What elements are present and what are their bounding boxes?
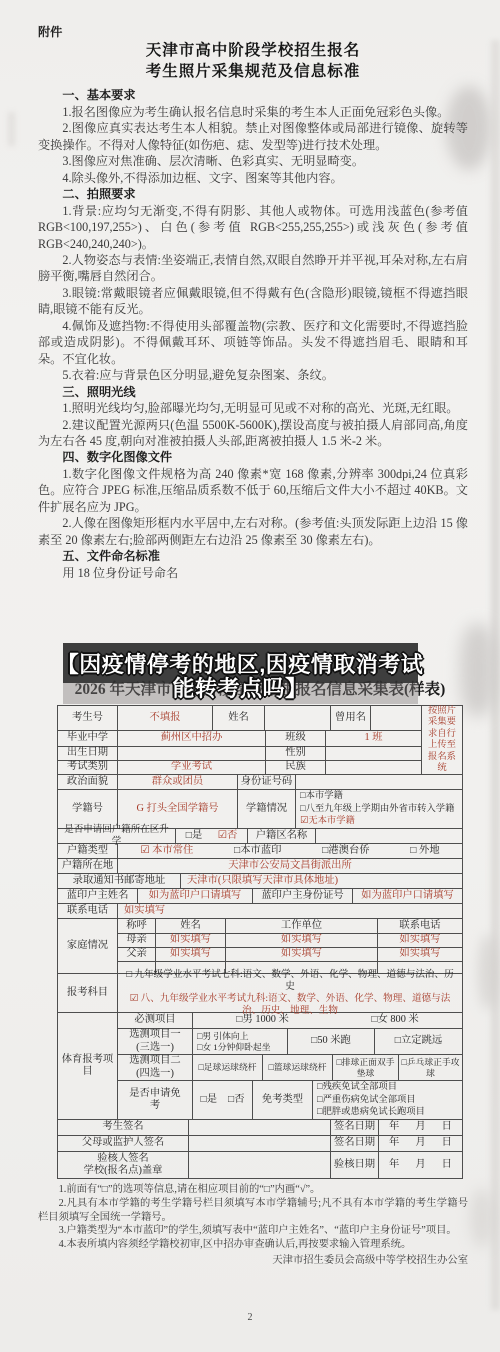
- attachment-label: 附件: [38, 24, 468, 40]
- household-location-label: 户籍所在地: [58, 859, 118, 873]
- section2-item1: 1.背景:应均匀无渐变,不得有阴影、其他人或物体。可选用浅蓝色(参考值 RGB<…: [38, 203, 468, 252]
- row-family-info: 家庭情况 称呼 姓名 工作单位 联系电话 母亲 如实填写 如实填写 如实填写 父…: [58, 919, 462, 974]
- row-subjects: 报考科目 □ 九年级学业水平考试七科:语文、数学、外语、化学、物理、道德与法治、…: [58, 974, 462, 1013]
- workplace-header: 工作单位: [226, 919, 378, 933]
- pe-optional2-subtitle: (四选一): [136, 1068, 174, 1081]
- section1-item2: 2.图像应真实表达考生本人相貌。禁止对图像整体或局部进行镜像、旋转等变换操作。不…: [38, 120, 468, 153]
- blue-stamp-name-value: 如为蓝印户口请填写: [138, 889, 253, 903]
- father-name-value: 如实填写: [156, 948, 226, 961]
- household-type-label: 户籍类型: [58, 844, 118, 858]
- checkbox-local-resident-checked: ☑ 本市常住: [140, 845, 193, 858]
- year-label: 年: [389, 1137, 399, 1150]
- section1-item1: 1.报名图像应为考生确认报名信息时采集的考生本人正面免冠彩色头像。: [38, 104, 468, 120]
- row-pe-items: 体育报考项目 必测项目 □男 1000 米 □女 800 米 选测项目一 (三选…: [58, 1013, 462, 1120]
- gender-field: [326, 747, 421, 760]
- section2-item5: 5.衣着:应与背景色区分明显,避免复杂图案、条纹。: [38, 367, 468, 383]
- ethnicity-field: [326, 761, 421, 774]
- student-status-label: 学籍情况: [238, 790, 296, 828]
- blue-stamp-name-label: 蓝印户主姓名: [58, 889, 138, 903]
- return-district-label: 是否申请回户籍所在区升学: [58, 829, 176, 843]
- household-location-value: 天津市公安局文昌街派出所: [118, 859, 462, 873]
- checkbox-exempt-yes: □是: [200, 1094, 217, 1107]
- pe-items-grid: 必测项目 □男 1000 米 □女 800 米 选测项目一 (三选一) □男 引…: [118, 1013, 462, 1119]
- section1-item4: 4.除头像外,不得添加边框、文字、图案等其他内容。: [38, 170, 468, 186]
- pe-exemption-row: 是否申请免考 □是 □否 免考类型 □残疾免试全部项目 □严重伤病免试全部项目 …: [118, 1081, 462, 1119]
- row-guardian-signature: 父母或监护人签名 签名日期 年 月 日: [58, 1136, 462, 1152]
- school-label: 毕业中学: [58, 731, 118, 746]
- verify-date-label: 验核日期: [331, 1152, 379, 1178]
- birthdate-label: 出生日期: [58, 747, 118, 760]
- ethnicity-label: 民族: [266, 761, 326, 774]
- blue-stamp-id-value: 如为蓝印户口请填写: [353, 889, 462, 903]
- student-id-value: G 打头全国学籍号: [118, 790, 238, 828]
- class-label: 班级: [266, 731, 326, 746]
- family-info-label: 家庭情况: [58, 919, 118, 973]
- pe-optional1-subtitle: (三选一): [136, 1042, 174, 1055]
- checkbox-obesity-exempt: □肥胖或患病免试长跑项目: [317, 1106, 425, 1119]
- family-row-mother: 母亲 如实填写 如实填写 如实填写: [118, 934, 462, 948]
- section2-item4: 4.佩饰及遮挡物:不得使用头部覆盖物(宗教、医疗和文化需要时,不得遮挡脸部或造成…: [38, 318, 468, 367]
- pe-optional1-label: 选测项目一 (三选一): [118, 1029, 193, 1054]
- scanned-document-page: { "page": { "attachment": "附件", "number"…: [0, 0, 500, 1352]
- watermark-text-line2: 能转考点吗】: [40, 672, 440, 703]
- form-footnotes: 1.前面有“□”的选项等信息,请在相应项目前的“□”内画“√”。 2.凡具有本市…: [38, 1183, 468, 1268]
- section4-heading: 四、数字化图像文件: [38, 449, 468, 465]
- row-exam-number: 考生号 不填报 姓名 曾用名: [58, 706, 421, 731]
- section1-heading: 一、基本要求: [38, 87, 468, 103]
- scan-smudge: [8, 112, 15, 146]
- checkbox-pingpong-drive: □乒乓球正手攻球: [399, 1055, 462, 1080]
- pe-optional1-choice-a: □男 引体向上 □女 1分钟仰卧起坐: [193, 1029, 288, 1054]
- father-label: 父亲: [118, 948, 156, 961]
- guardian-signature-label: 父母或监护人签名: [58, 1136, 189, 1151]
- application-form-table: 考生号 不填报 姓名 曾用名 毕业中学 蓟州区中招办 班级 1 班 出生日期 性…: [57, 705, 463, 1179]
- day-label: 日: [442, 1137, 452, 1150]
- section2-item3: 3.眼镜:常戴眼镜者应佩戴眼镜,但不得戴有色(含隐形)眼镜,镜框不得遮挡眼睛,眼…: [38, 285, 468, 318]
- scan-smudge: [478, 934, 498, 1010]
- verifier-signature-field: [189, 1152, 331, 1178]
- mother-label: 母亲: [118, 934, 156, 947]
- checkbox-hk-mo-tw: □港澳台侨: [322, 845, 369, 858]
- subjects-options: □ 九年级学业水平考试七科:语文、数学、外语、化学、物理、道德与法治、历史 ☑ …: [118, 974, 462, 1012]
- father-phone-value: 如实填写: [378, 948, 462, 961]
- father-work-value: 如实填写: [226, 948, 378, 961]
- checkbox-basketball-dribble: □篮球运球绕杆: [263, 1055, 333, 1080]
- class-value: 1 班: [326, 731, 421, 746]
- row-household-location: 户籍所在地 天津市公安局文昌街派出所: [58, 859, 462, 874]
- contact-phone-value: 如实填写: [118, 904, 462, 918]
- household-type-options: ☑ 本市常住 □本市蓝印 □港澳台侨 □ 外地: [118, 844, 462, 858]
- exam-type-value: 学业考试: [118, 761, 266, 774]
- pe-exemption-choice: □是 □否: [193, 1081, 253, 1119]
- day-label: 日: [442, 1159, 452, 1172]
- doc-title-line2: 考生照片采集规范及信息标准: [38, 61, 468, 82]
- pe-exemption-label-text: 是否申请免考: [128, 1088, 182, 1113]
- checkbox-standing-jump: □立定跳远: [375, 1029, 462, 1054]
- row-household-type: 户籍类型 ☑ 本市常住 □本市蓝印 □港澳台侨 □ 外地: [58, 844, 462, 859]
- year-label: 年: [389, 1159, 399, 1172]
- mother-phone-value: 如实填写: [378, 934, 462, 947]
- id-number-label: 身份证号码: [238, 775, 296, 789]
- name-header: 姓名: [156, 919, 226, 933]
- pe-exemption-label: 是否申请免考: [118, 1081, 193, 1119]
- page-number: 2: [0, 1312, 500, 1323]
- mailing-address-value: 天津市(只限填写天津市具体地址): [181, 874, 462, 888]
- pe-items-label: 体育报考项目: [58, 1013, 118, 1119]
- phone-header: 联系电话: [378, 919, 462, 933]
- family-header-row: 称呼 姓名 工作单位 联系电话: [118, 919, 462, 934]
- section5-heading: 五、文件命名标准: [38, 548, 468, 564]
- checkbox-volleyball-pass: □排球正面双手垫球: [333, 1055, 399, 1080]
- section4-item2: 2.人像在图像矩形框内水平居中,左右对称。(参考值:头顶发际距上边沿 15 像素…: [38, 515, 468, 548]
- scan-smudge: [460, 624, 496, 716]
- exam-type-label: 考试类别: [58, 761, 118, 774]
- relation-header: 称呼: [118, 919, 156, 933]
- section1-item3: 3.图像应对焦准确、层次清晰、色彩真实、无明显畸变。: [38, 153, 468, 169]
- section3-item1: 1.照明光线均匀,脸部曝光均匀,无明显可见或不对称的高光、光斑,无红眼。: [38, 400, 468, 416]
- checkbox-male-1000m: □男 1000 米: [236, 1014, 289, 1027]
- section3-item2: 2.建议配置光源两只(色温 5500K-5600K),摆设高度与被拍摄人肩部同高…: [38, 417, 468, 450]
- checkbox-transfer-status: □八至九年级上学期由外省市转入学籍: [300, 803, 454, 816]
- issuing-office: 天津市招生委员会高级中等学校招生办公室: [38, 1254, 468, 1268]
- checkbox-yes: □是: [186, 830, 203, 843]
- row-school: 毕业中学 蓟州区中招办 班级 1 班: [58, 731, 421, 747]
- checkbox-seven-subjects: □ 九年级学业水平考试七科:语文、数学、外语、化学、物理、道德与法治、历史: [123, 969, 457, 993]
- row-exam-type: 考试类别 学业考试 民族: [58, 761, 421, 775]
- row-mailing-address: 录取通知书邮寄地址 天津市(只限填写天津市具体地址): [58, 874, 462, 889]
- subjects-label: 报考科目: [58, 974, 118, 1012]
- blue-stamp-id-label: 蓝印户主身份证号: [253, 889, 353, 903]
- checkbox-disability-exempt: □残疾免试全部项目: [317, 1081, 397, 1094]
- return-district-choice: □是 ☑否: [176, 829, 248, 843]
- sign-date-field: 年 月 日: [379, 1120, 462, 1135]
- exemption-type-options: □残疾免试全部项目 □严重伤病免试全部项目 □肥胖或患病免试长跑项目: [313, 1081, 462, 1119]
- school-value: 蓟州区中招办: [118, 731, 266, 746]
- checkbox-local-status: □本市学籍: [300, 790, 343, 803]
- verify-date-field: 年 月 日: [379, 1152, 462, 1178]
- footnote-3: 3.户籍类型为“本市蓝印”的学生,须填写表中“蓝印户主姓名”、“蓝印户主身份证号…: [38, 1224, 468, 1238]
- footnote-2: 2.凡具有本市学籍的考生学籍号栏目须填写本市学籍辅号;凡不具有本市学籍的考生学籍…: [38, 1197, 468, 1225]
- month-label: 月: [415, 1137, 425, 1150]
- checkbox-50m-run: □50 米跑: [288, 1029, 375, 1054]
- doc-title-line1: 天津市高中阶段学校招生报名: [38, 40, 468, 61]
- row-return-district: 是否申请回户籍所在区升学 □是 ☑否 户籍区名称: [58, 829, 462, 844]
- checkbox-soccer-dribble: □足球运球绕杆: [193, 1055, 263, 1080]
- mother-work-value: 如实填写: [226, 934, 378, 947]
- contact-phone-label: 联系电话: [58, 904, 118, 918]
- name-label: 姓名: [213, 706, 265, 730]
- district-name-label: 户籍区名称: [248, 829, 316, 843]
- district-name-field: [316, 829, 462, 843]
- pe-optional2-row: 选测项目二 (四选一) □足球运球绕杆 □篮球运球绕杆 □排球正面双手垫球 □乒…: [118, 1055, 462, 1081]
- family-info-grid: 称呼 姓名 工作单位 联系电话 母亲 如实填写 如实填写 如实填写 父亲 如实填…: [118, 919, 462, 973]
- pe-optional1-title: 选测项目一: [129, 1029, 180, 1042]
- sign-date-field: 年 月 日: [379, 1136, 462, 1151]
- verifier-label-line2: 学校(报名点)盖章: [84, 1165, 163, 1178]
- row-contact-phone: 联系电话 如实填写: [58, 904, 462, 919]
- verifier-label-line1: 验核人签名: [97, 1153, 148, 1166]
- regulation-document: 附件 天津市高中阶段学校招生报名 考生照片采集规范及信息标准 一、基本要求 1.…: [38, 24, 468, 581]
- exam-number-label: 考生号: [58, 706, 118, 730]
- checkbox-blue-stamp: □本市蓝印: [234, 845, 281, 858]
- mother-name-value: 如实填写: [156, 934, 226, 947]
- section2-heading: 二、拍照要求: [38, 186, 468, 202]
- row-blue-stamp-holder: 蓝印户主姓名 如为蓝印户口请填写 蓝印户主身份证号 如为蓝印户口请填写: [58, 889, 462, 904]
- exam-number-value: 不填报: [118, 706, 213, 730]
- exemption-type-label: 免考类型: [253, 1081, 313, 1119]
- footnote-4: 4.本表所填内容须经学籍校初审,区中招办审查确认后,再按要求输入管理系统。: [38, 1238, 468, 1252]
- photo-upload-note: 按照片采集要求自行上传至报名系统: [421, 706, 462, 775]
- section3-heading: 三、照明光线: [38, 384, 468, 400]
- pe-optional2-title: 选测项目二: [129, 1055, 180, 1068]
- checkbox-injury-exempt: □严重伤病免试全部项目: [317, 1094, 416, 1107]
- pe-required-options: □男 1000 米 □女 800 米: [193, 1013, 462, 1028]
- row-verifier-signature: 验核人签名 学校(报名点)盖章 验核日期 年 月 日: [58, 1152, 462, 1178]
- checkbox-non-local: □ 外地: [410, 845, 439, 858]
- birthdate-field: [118, 747, 266, 760]
- section5-item1: 用 18 位身份证号命名: [38, 565, 468, 581]
- pe-optional2-label: 选测项目二 (四选一): [118, 1055, 193, 1080]
- guardian-signature-field: [189, 1136, 331, 1151]
- row-student-signature: 考生签名 签名日期 年 月 日: [58, 1120, 462, 1136]
- gender-label: 性别: [266, 747, 326, 760]
- former-name-field: [371, 706, 421, 730]
- year-label: 年: [389, 1121, 399, 1134]
- family-row-father: 父亲 如实填写 如实填写 如实填写: [118, 948, 462, 962]
- month-label: 月: [415, 1121, 425, 1134]
- month-label: 月: [415, 1159, 425, 1172]
- checkbox-no-checked: ☑否: [218, 830, 238, 843]
- checkbox-pullups: □男 引体向上: [197, 1031, 249, 1042]
- scan-smudge: [470, 1188, 494, 1248]
- footnote-1: 1.前面有“□”的选项等信息,请在相应项目前的“□”内画“√”。: [38, 1183, 468, 1197]
- checkbox-no-local-status: ☑无本市学籍: [300, 815, 355, 828]
- sign-date-label: 签名日期: [331, 1120, 379, 1135]
- pe-optional1-row: 选测项目一 (三选一) □男 引体向上 □女 1分钟仰卧起坐 □50 米跑 □立…: [118, 1029, 462, 1055]
- student-status-options: □本市学籍 □八至九年级上学期由外省市转入学籍 ☑无本市学籍: [296, 790, 462, 828]
- former-name-label: 曾用名: [331, 706, 371, 730]
- name-field: [265, 706, 331, 730]
- checkbox-exempt-no: □否: [228, 1094, 245, 1107]
- verifier-signature-label: 验核人签名 学校(报名点)盖章: [58, 1152, 189, 1178]
- section4-item1: 1.数字化图像文件规格为高 240 像素*宽 168 像素,分辨率 300dpi…: [38, 466, 468, 515]
- day-label: 日: [442, 1121, 452, 1134]
- row-political: 政治面貌 群众或团员 身份证号码: [58, 775, 462, 790]
- checkbox-situps: □女 1分钟仰卧起坐: [197, 1042, 271, 1053]
- student-signature-field: [189, 1120, 331, 1135]
- mailing-address-label: 录取通知书邮寄地址: [58, 874, 181, 888]
- row-birthdate: 出生日期 性别: [58, 747, 421, 761]
- section2-item2: 2.人物姿态与表情:坐姿端正,表情自然,双眼自然睁开并平视,耳朵对称,左右肩膀平…: [38, 252, 468, 285]
- scan-edge-streak: [491, 40, 500, 1310]
- student-id-label: 学籍号: [58, 790, 118, 828]
- pe-required-label: 必测项目: [118, 1013, 193, 1028]
- political-status-label: 政治面貌: [58, 775, 118, 789]
- student-signature-label: 考生签名: [58, 1120, 189, 1135]
- political-status-value: 群众或团员: [118, 775, 238, 789]
- checkbox-female-800m: □女 800 米: [371, 1014, 418, 1027]
- pe-required-row: 必测项目 □男 1000 米 □女 800 米: [118, 1013, 462, 1029]
- id-number-field: [296, 775, 462, 789]
- sign-date-label: 签名日期: [331, 1136, 379, 1151]
